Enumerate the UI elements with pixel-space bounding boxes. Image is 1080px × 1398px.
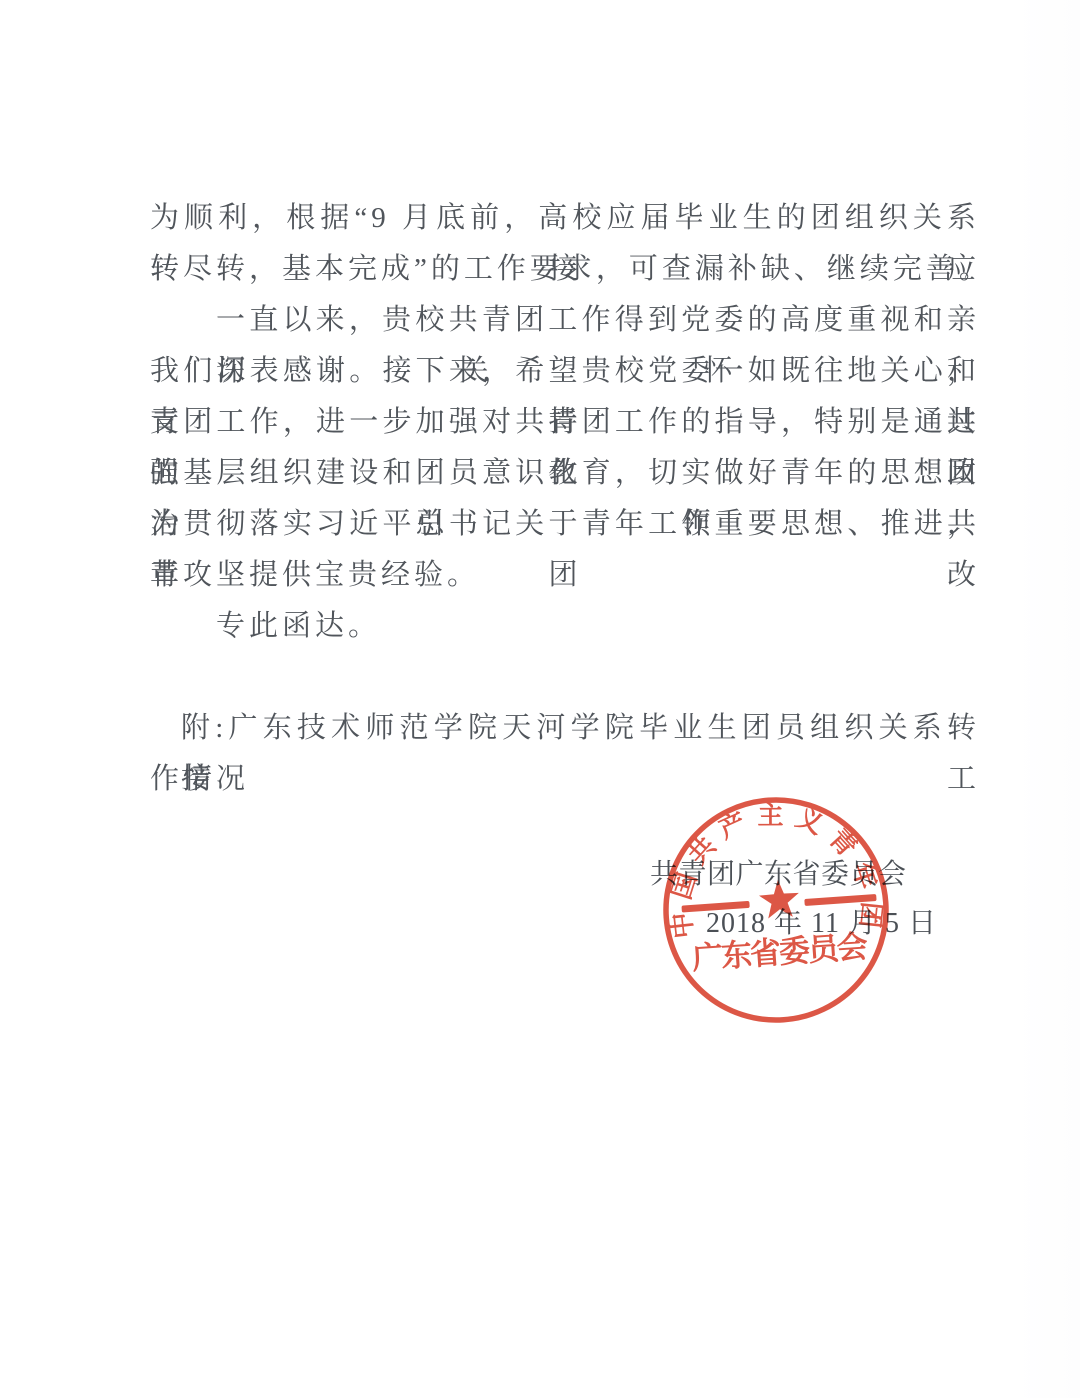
signature-issuer: 共青团广东省委员会 bbox=[650, 857, 930, 893]
signature-date: 2018 年 11 月 5 日 bbox=[706, 906, 966, 942]
letter-page: 为顺利，根据“9 月底前，高校应届毕业生的团组织关系转接应转尽转，基本完成”的工… bbox=[0, 0, 1080, 1398]
body-line: 青团工作，进一步加强对共青团工作的指导，特别是通过强化团 bbox=[150, 397, 980, 448]
seal-right-bar bbox=[804, 894, 876, 906]
body-line: 的基层组织建设和团员意识教育，切实做好青年的思想政治引领， bbox=[150, 448, 980, 499]
body-line: 专此函达。 bbox=[150, 601, 980, 652]
body-line: 我们深表感谢。接下来，希望贵校党委一如既往地关心和支持共 bbox=[150, 346, 980, 397]
body-line: 转尽转，基本完成”的工作要求，可查漏补缺、继续完善。 bbox=[150, 244, 980, 295]
body-line: 为贯彻落实习近平总书记关于青年工作重要思想、推进共青团改 bbox=[150, 499, 980, 550]
body-line: 为顺利，根据“9 月底前，高校应届毕业生的团组织关系转接应 bbox=[150, 193, 980, 244]
blank-line bbox=[150, 652, 980, 703]
letter-body: 为顺利，根据“9 月底前，高校应届毕业生的团组织关系转接应转尽转，基本完成”的工… bbox=[150, 193, 980, 805]
body-line: 附:广东技术师范学院天河学院毕业生团员组织关系转接工 bbox=[150, 703, 980, 754]
body-line: 一直以来，贵校共青团工作得到党委的高度重视和亲切关怀， bbox=[150, 295, 980, 346]
